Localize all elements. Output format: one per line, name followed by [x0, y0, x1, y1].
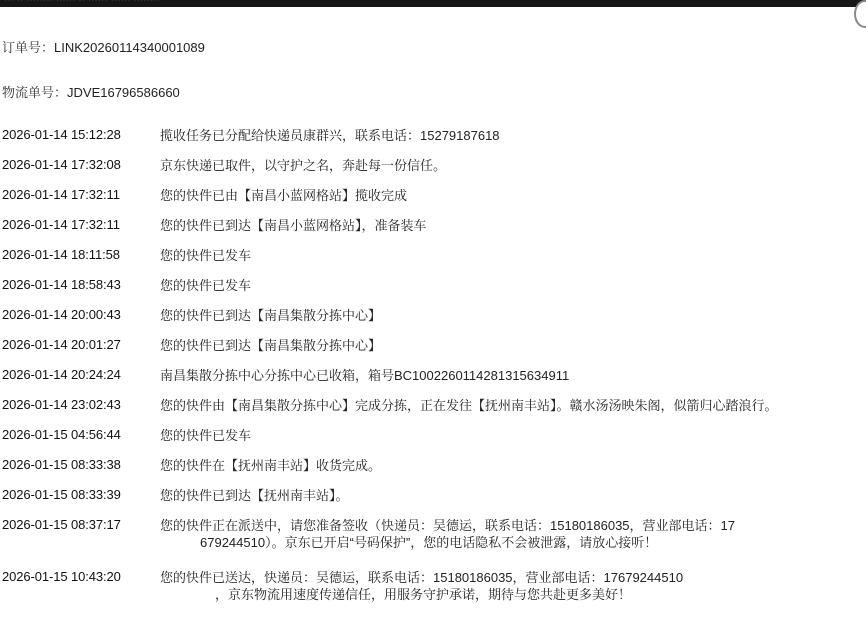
timeline-desc-continuation: ，京东物流用速度传递信任，用服务守护承诺，期待与您共赴更多美好！: [160, 586, 683, 603]
timeline-time: 2026-01-14 18:58:43: [2, 277, 121, 292]
timeline-row: 2026-01-15 04:56:44 您的快件已发车: [0, 426, 866, 456]
timeline-desc: 您的快件已到达【南昌集散分拣中心】: [160, 337, 381, 354]
order-number-value: LINK20260114340001089: [54, 40, 205, 55]
timeline-row: 2026-01-14 17:32:11 您的快件已到达【南昌小蓝网格站】，准备装…: [0, 216, 866, 246]
order-number-label: 订单号：: [2, 40, 54, 55]
timeline-desc-continuation: 679244510）。京东已开启“号码保护”，您的电话隐私不会被泄露，请放心接听…: [160, 534, 735, 551]
timeline-row: 2026-01-14 23:02:43 您的快件由【南昌集散分拣中心】完成分拣，…: [0, 396, 866, 426]
timeline-time: 2026-01-15 08:37:17: [2, 517, 121, 532]
timeline-desc: 京东快递已取件，以守护之名，奔赴每一份信任。: [160, 157, 446, 174]
tracking-number-line: 物流单号：JDVE16796586660: [2, 82, 180, 101]
timeline-row: 2026-01-15 08:33:38 您的快件在【抚州南丰站】收货完成。: [0, 456, 866, 486]
timeline-desc: 您的快件已发车: [160, 277, 251, 294]
timeline-row: 2026-01-14 18:58:43 您的快件已发车: [0, 276, 866, 306]
timeline-time: 2026-01-15 10:43:20: [2, 569, 121, 584]
tracking-number-value: JDVE16796586660: [67, 85, 180, 100]
timeline-row: 2026-01-15 08:37:17 您的快件正在派送中，请您准备签收（快递员…: [0, 516, 866, 568]
timeline-desc: 您的快件已由【南昌小蓝网格站】揽收完成: [160, 187, 407, 204]
tracking-number-label: 物流单号：: [2, 85, 67, 100]
timeline-row: 2026-01-14 18:11:58 您的快件已发车: [0, 246, 866, 276]
top-strip-text: ··· ·· ········ ······ ·· ······ ······ …: [4, 0, 160, 6]
timeline-time: 2026-01-15 08:33:38: [2, 457, 121, 472]
timeline-row: 2026-01-14 17:32:11 您的快件已由【南昌小蓝网格站】揽收完成: [0, 186, 866, 216]
timeline-desc: 您的快件正在派送中，请您准备签收（快递员：吴德运，联系电话：1518018603…: [160, 518, 735, 533]
timeline-time: 2026-01-14 17:32:08: [2, 157, 121, 172]
timeline-desc-block: 您的快件已送达，快递员：吴德运，联系电话：15180186035，营业部电话：1…: [160, 569, 683, 603]
timeline-row: 2026-01-14 20:24:24 南昌集散分拣中心分拣中心已收箱，箱号BC…: [0, 366, 866, 396]
timeline-desc: 您的快件已发车: [160, 247, 251, 264]
timeline-row: 2026-01-14 20:01:27 您的快件已到达【南昌集散分拣中心】: [0, 336, 866, 366]
timeline-row: 2026-01-14 17:32:08 京东快递已取件，以守护之名，奔赴每一份信…: [0, 156, 866, 186]
timeline-time: 2026-01-14 18:11:58: [2, 247, 120, 262]
timeline-desc: 您的快件已到达【南昌集散分拣中心】: [160, 307, 381, 324]
order-number-line: 订单号：LINK20260114340001089: [2, 37, 205, 56]
timeline-time: 2026-01-15 04:56:44: [2, 427, 121, 442]
timeline-row: 2026-01-15 08:33:39 您的快件已到达【抚州南丰站】。: [0, 486, 866, 516]
timeline-desc: 您的快件已送达，快递员：吴德运，联系电话：15180186035，营业部电话：1…: [160, 570, 683, 585]
timeline-desc: 您的快件由【南昌集散分拣中心】完成分拣，正在发往【抚州南丰站】。赣水汤汤映朱阁，…: [160, 397, 778, 414]
top-dark-strip: ··· ·· ········ ······ ·· ······ ······ …: [0, 0, 866, 7]
timeline-time: 2026-01-15 08:33:39: [2, 487, 121, 502]
timeline-time: 2026-01-14 17:32:11: [2, 217, 120, 232]
timeline-desc: 揽收任务已分配给快递员康群兴，联系电话：15279187618: [160, 127, 500, 144]
timeline-desc: 您的快件已发车: [160, 427, 251, 444]
timeline-time: 2026-01-14 20:00:43: [2, 307, 121, 322]
timeline-desc: 您的快件在【抚州南丰站】收货完成。: [160, 457, 381, 474]
timeline-time: 2026-01-14 23:02:43: [2, 397, 121, 412]
timeline-row: 2026-01-14 20:00:43 您的快件已到达【南昌集散分拣中心】: [0, 306, 866, 336]
timeline-row: 2026-01-14 15:12:28 揽收任务已分配给快递员康群兴，联系电话：…: [0, 126, 866, 156]
timeline-time: 2026-01-14 17:32:11: [2, 187, 120, 202]
timeline-time: 2026-01-14 20:01:27: [2, 337, 121, 352]
tracking-timeline: 2026-01-14 15:12:28 揽收任务已分配给快递员康群兴，联系电话：…: [0, 126, 866, 620]
timeline-desc: 您的快件已到达【抚州南丰站】。: [160, 487, 349, 504]
timeline-time: 2026-01-14 15:12:28: [2, 127, 121, 142]
timeline-row: 2026-01-15 10:43:20 您的快件已送达，快递员：吴德运，联系电话…: [0, 568, 866, 620]
timeline-time: 2026-01-14 20:24:24: [2, 367, 121, 382]
timeline-desc-block: 您的快件正在派送中，请您准备签收（快递员：吴德运，联系电话：1518018603…: [160, 517, 735, 551]
corner-circle-icon[interactable]: [854, 0, 866, 28]
timeline-desc: 您的快件已到达【南昌小蓝网格站】，准备装车: [160, 217, 427, 234]
timeline-desc: 南昌集散分拣中心分拣中心已收箱，箱号BC10022601142813156349…: [160, 367, 569, 384]
